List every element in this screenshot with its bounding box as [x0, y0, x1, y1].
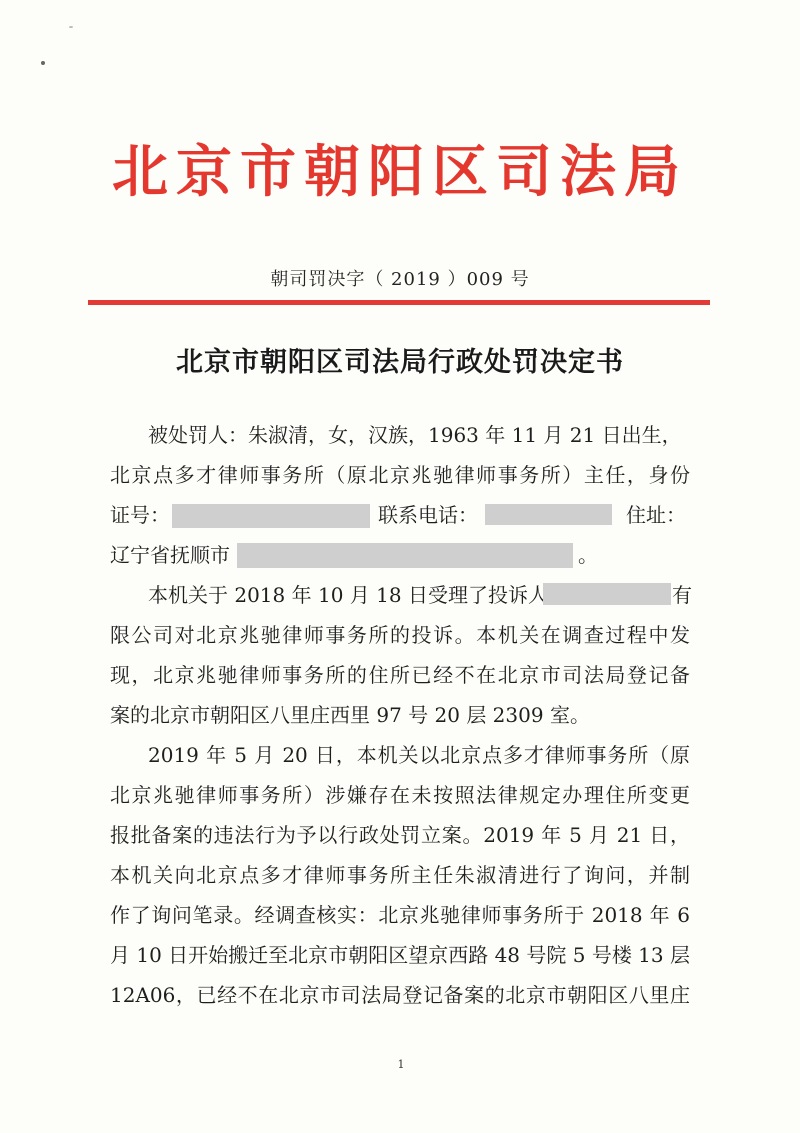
redacted-phone-number: [485, 504, 612, 525]
paragraph-3-line-2: 北京兆驰律师事务所）涉嫌存在未按照法律规定办理住所变更: [110, 780, 690, 810]
paragraph-2-line-1-tail: 有: [672, 580, 692, 610]
paragraph-3-line-5: 作了询问笔录。经调查核实：北京兆驰律师事务所于 2018 年 6: [110, 900, 690, 930]
paragraph-3-line-7: 12A06，已经不在北京市司法局登记备案的北京市朝阳区八里庄: [110, 980, 690, 1010]
address-label: 住址：: [626, 500, 686, 530]
paragraph-2-line-4: 案的北京市朝阳区八里庄西里 97 号 20 层 2309 室。: [110, 700, 590, 730]
agency-letterhead: 北京市朝阳区司法局: [0, 137, 800, 207]
phone-label: 联系电话：: [378, 500, 478, 530]
redacted-complainant-name: [543, 583, 671, 605]
redacted-id-number: [172, 504, 370, 528]
paragraph-2-line-1: 本机关于 2018 年 10 月 18 日受理了投诉人: [148, 580, 548, 610]
paragraph-1-line-1: 被处罚人：朱淑清，女，汉族，1963 年 11 月 21 日出生，: [148, 420, 690, 450]
paragraph-2-line-2: 限公司对北京兆驰律师事务所的投诉。本机关在调查过程中发: [110, 620, 690, 650]
scan-speck: [41, 61, 45, 65]
document-number: 朝司罚决字（ 2019 ）009 号: [0, 268, 800, 292]
paragraph-2-line-3: 现，北京兆驰律师事务所的住所已经不在北京市司法局登记备: [110, 660, 690, 690]
paragraph-3-line-6: 月 10 日开始搬迁至北京市朝阳区望京西路 48 号院 5 号楼 13 层: [110, 940, 690, 970]
paragraph-1-line-2: 北京点多才律师事务所（原北京兆驰律师事务所）主任，身份: [110, 460, 690, 490]
page-number: 1: [395, 1058, 407, 1071]
document-title: 北京市朝阳区司法局行政处罚决定书: [0, 343, 800, 383]
red-divider: [88, 300, 710, 305]
scan-speck: [69, 26, 73, 28]
paragraph-3-line-3: 报批备案的违法行为予以行政处罚立案。2019 年 5 月 21 日，: [110, 820, 690, 850]
id-label: 证号：: [110, 500, 170, 530]
paragraph-3-line-1: 2019 年 5 月 20 日，本机关以北京点多才律师事务所（原: [148, 740, 690, 770]
paragraph-3-line-4: 本机关向北京点多才律师事务所主任朱淑清进行了询问，并制: [110, 860, 690, 890]
redacted-address-detail: [237, 543, 573, 568]
address-period: 。: [578, 540, 598, 570]
address-city: 辽宁省抚顺市: [110, 540, 230, 570]
